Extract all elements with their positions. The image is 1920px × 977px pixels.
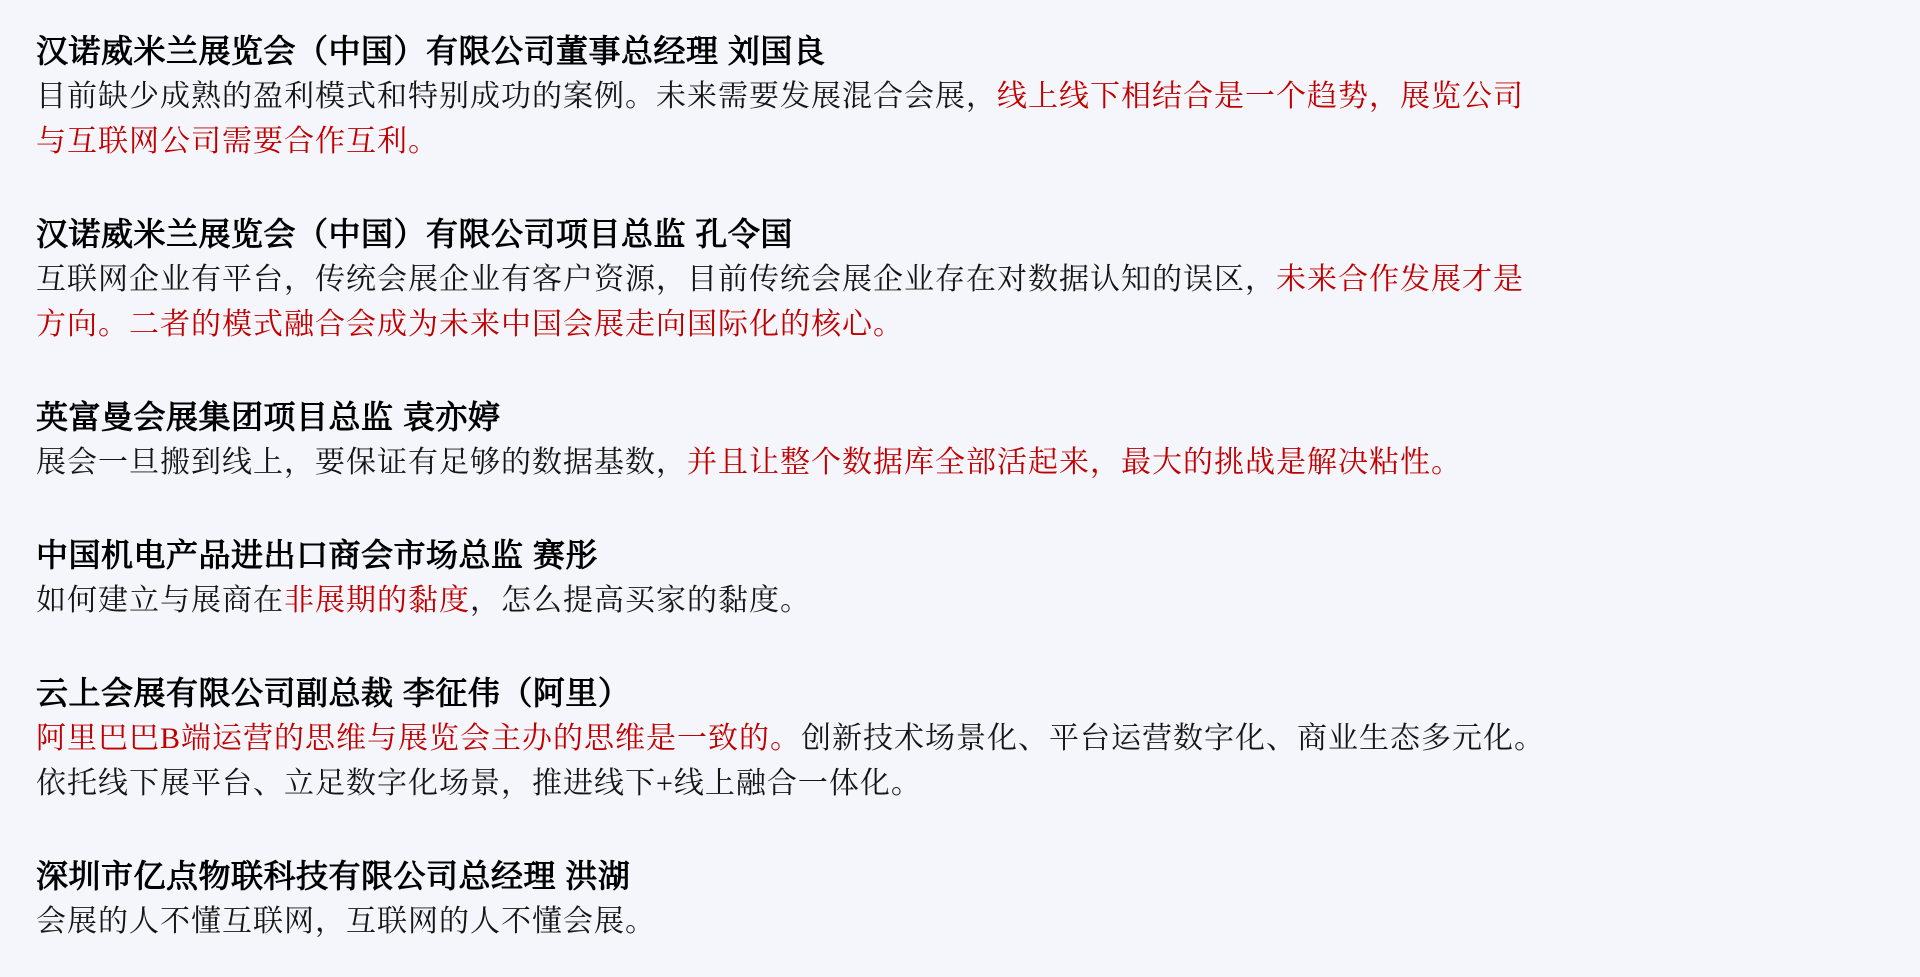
- quote-segment: 会展的人不懂互联网，互联网的人不懂会展。: [36, 905, 656, 938]
- quote-segment: 非展期的黏度: [284, 584, 470, 617]
- quote-segment: 目前缺少成熟的盈利模式和特别成功的案例。未来需要发展混合会展，: [36, 80, 997, 113]
- slide: 汉诺威米兰展览会（中国）有限公司董事总经理 刘国良 目前缺少成熟的盈利模式和特别…: [0, 0, 1920, 977]
- speaker-title: 汉诺威米兰展览会（中国）有限公司董事总经理 刘国良: [36, 28, 1556, 74]
- speaker-quote: 互联网企业有平台，传统会展企业有客户资源，目前传统会展企业存在对数据认知的误区，…: [36, 257, 1556, 347]
- speaker-quote: 展会一旦搬到线上，要保证有足够的数据基数，并且让整个数据库全部活起来，最大的挑战…: [36, 440, 1556, 485]
- quotes-list: 汉诺威米兰展览会（中国）有限公司董事总经理 刘国良 目前缺少成熟的盈利模式和特别…: [36, 28, 1556, 944]
- quote-segment: 展会一旦搬到线上，要保证有足够的数据基数，: [36, 446, 687, 479]
- speaker-section: 汉诺威米兰展览会（中国）有限公司项目总监 孔令国 互联网企业有平台，传统会展企业…: [36, 211, 1556, 347]
- speaker-title: 中国机电产品进出口商会市场总监 赛彤: [36, 532, 1556, 578]
- speaker-title: 汉诺威米兰展览会（中国）有限公司项目总监 孔令国: [36, 211, 1556, 257]
- quote-segment: 并且让整个数据库全部活起来，最大的挑战是解决粘性。: [687, 446, 1462, 479]
- quote-segment: 阿里巴巴B端运营的思维与展览会主办的思维是一致的。: [36, 722, 801, 755]
- quote-segment: 互联网企业有平台，传统会展企业有客户资源，目前传统会展企业存在对数据认知的误区，: [36, 263, 1276, 296]
- speaker-quote: 如何建立与展商在非展期的黏度，怎么提高买家的黏度。: [36, 578, 1556, 623]
- speaker-quote: 目前缺少成熟的盈利模式和特别成功的案例。未来需要发展混合会展，线上线下相结合是一…: [36, 74, 1556, 164]
- speaker-section: 中国机电产品进出口商会市场总监 赛彤 如何建立与展商在非展期的黏度，怎么提高买家…: [36, 532, 1556, 623]
- speaker-title: 英富曼会展集团项目总监 袁亦婷: [36, 394, 1556, 440]
- speaker-title: 深圳市亿点物联科技有限公司总经理 洪湖: [36, 853, 1556, 899]
- speaker-quote: 阿里巴巴B端运营的思维与展览会主办的思维是一致的。创新技术场景化、平台运营数字化…: [36, 716, 1556, 806]
- speaker-section: 深圳市亿点物联科技有限公司总经理 洪湖 会展的人不懂互联网，互联网的人不懂会展。: [36, 853, 1556, 944]
- speaker-quote: 会展的人不懂互联网，互联网的人不懂会展。: [36, 899, 1556, 944]
- speaker-section: 英富曼会展集团项目总监 袁亦婷 展会一旦搬到线上，要保证有足够的数据基数，并且让…: [36, 394, 1556, 485]
- quote-segment: 如何建立与展商在: [36, 584, 284, 617]
- speaker-title: 云上会展有限公司副总裁 李征伟（阿里）: [36, 670, 1556, 716]
- quote-segment: ，怎么提高买家的黏度。: [470, 584, 811, 617]
- speaker-section: 汉诺威米兰展览会（中国）有限公司董事总经理 刘国良 目前缺少成熟的盈利模式和特别…: [36, 28, 1556, 164]
- speaker-section: 云上会展有限公司副总裁 李征伟（阿里） 阿里巴巴B端运营的思维与展览会主办的思维…: [36, 670, 1556, 806]
